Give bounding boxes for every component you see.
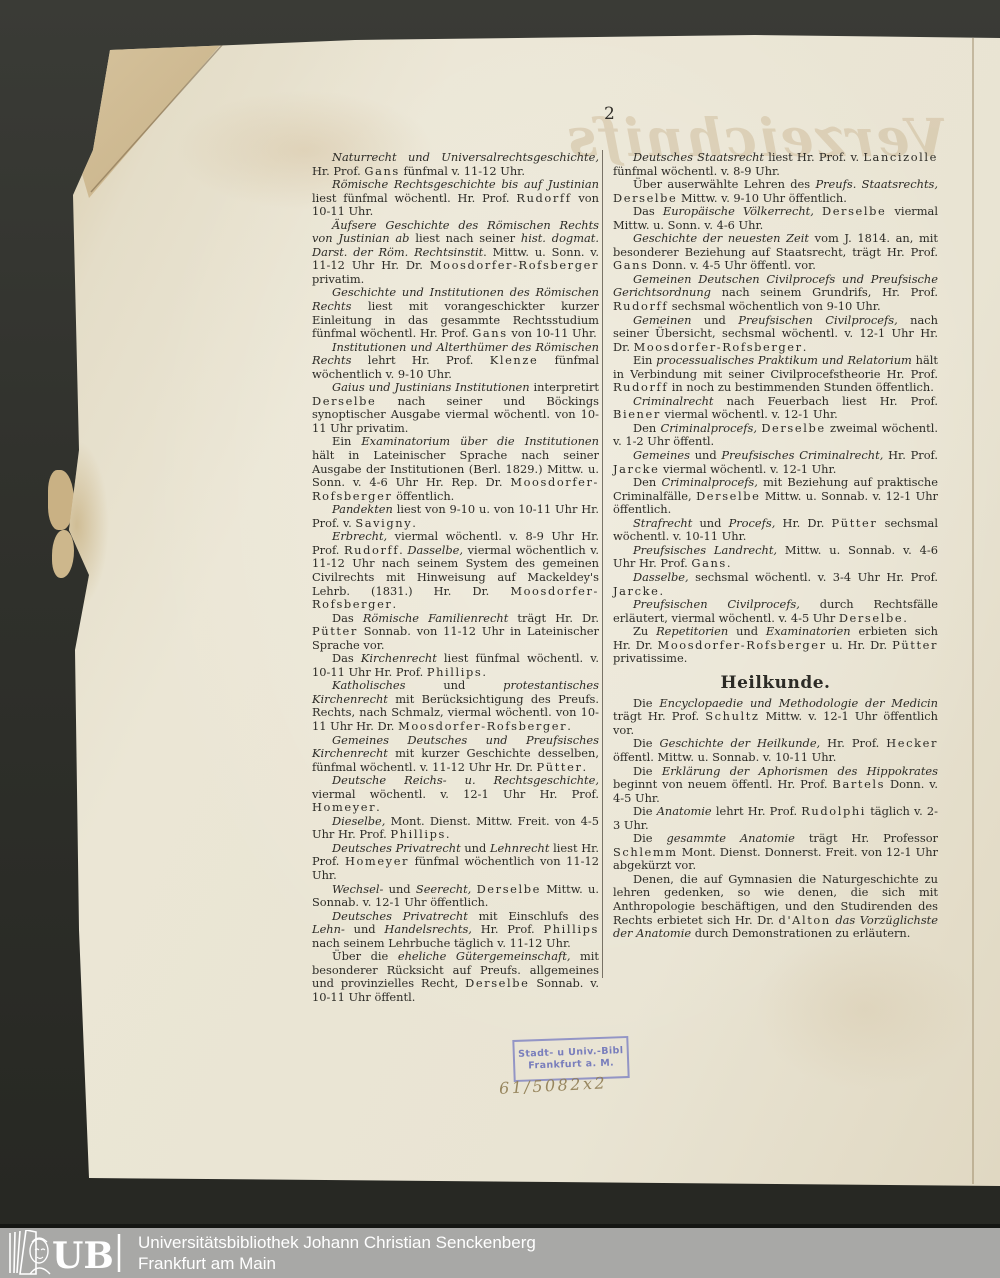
text-segment: Kirchenrecht (361, 651, 437, 665)
text-segment: Gaius und Justinians Institutionen (332, 380, 530, 394)
text-segment: Hecker (886, 736, 938, 750)
text-segment: eheliche Gütergemeinschaft, (398, 949, 571, 963)
text-segment: Moosdorfer-Rofsberger (634, 340, 803, 354)
text-segment: Repetitorien (656, 624, 728, 638)
text-segment: und (383, 882, 416, 896)
text-segment: Dieselbe, (332, 814, 385, 828)
text-segment: u. Hr. Dr. (827, 638, 892, 652)
text-segment: sechsmal wöchentl. v. 3-4 Uhr Hr. Prof. (689, 570, 938, 584)
catalog-entry: Das Europäische Völkerrecht, Derselbe vi… (613, 205, 938, 232)
footer-bar: UB Universitätsbibliothek Johann Christi… (0, 1228, 1000, 1278)
text-segment: fünfmal wöchentl. v. 8-9 Uhr. (613, 164, 780, 178)
text-segment: . (583, 760, 587, 774)
text-segment: Gans (472, 326, 507, 340)
text-segment: Bartels (832, 777, 885, 791)
text-segment: . (903, 611, 907, 625)
text-segment: Deutsche Reichs- u. Rechtsgeschichte, (332, 773, 599, 787)
text-segment: Biener (613, 407, 661, 421)
text-segment: und (345, 922, 385, 936)
text-segment: Pütter (537, 760, 583, 774)
catalog-entry: Das Römische Familienrecht trägt Hr. Dr.… (312, 612, 599, 653)
catalog-entry: Die Anatomie lehrt Hr. Prof. Rudolphi tä… (613, 805, 938, 832)
text-segment: Lehnrecht (490, 841, 549, 855)
text-segment: Preufsisches Criminalrecht, (721, 448, 883, 462)
text-segment: Derselbe (696, 489, 760, 503)
text-segment: Anatomie (657, 804, 712, 818)
text-segment: Hr. Dr. (775, 516, 831, 530)
text-segment: Hr. Prof. (883, 448, 938, 462)
left-column: Naturrecht und Universalrechtsgeschichte… (312, 151, 599, 1004)
ub-logo-text: UB (52, 1235, 114, 1276)
text-segment: Zu (633, 624, 656, 638)
text-segment: Naturrecht und Universalrechtsgeschichte… (332, 150, 599, 164)
text-segment: Römische Rechtsgeschichte bis auf Justin… (332, 177, 599, 191)
text-segment: Gans (691, 556, 726, 570)
text-segment: Rudorff (613, 299, 668, 313)
text-segment: Procefs, (729, 516, 776, 530)
text-segment: Savigny (355, 516, 412, 530)
catalog-entry: Das Kirchenrecht liest fünfmal wöchentl.… (312, 652, 599, 679)
text-segment: Deutsches Privatrecht (332, 841, 461, 855)
text-segment: Lehn- (312, 922, 345, 936)
catalog-entry: Naturrecht und Universalrechtsgeschichte… (312, 151, 599, 178)
text-segment: Erbrecht, (332, 529, 387, 543)
text-segment: durch Demonstrationen zu erläutern. (691, 926, 910, 940)
page-number: 2 (604, 104, 615, 124)
text-segment: Derselbe (822, 204, 886, 218)
footer-text: Universitätsbibliothek Johann Christian … (138, 1232, 536, 1274)
text-segment: Phillips (427, 665, 483, 679)
catalog-entry: Gaius und Justinians Institutionen inter… (312, 381, 599, 435)
scanned-page: Verzeichnifs 2 Naturrecht und Universalr… (55, 30, 1000, 1186)
text-segment: . (803, 340, 807, 354)
text-segment: öffentl. Mittw. u. Sonnab. v. 10-11 Uhr. (613, 750, 836, 764)
catalog-entry: Ein processualisches Praktikum und Relat… (613, 354, 938, 395)
text-segment: trägt Hr. Professor (795, 831, 938, 845)
catalog-entry: Dieselbe, Mont. Dienst. Mittw. Freit. vo… (312, 815, 599, 842)
text-segment: liest Hr. Prof. v. (764, 150, 863, 164)
text-segment: Die (633, 736, 660, 750)
text-segment: Geschichte der Heilkunde, (660, 736, 821, 750)
text-segment: Rudorff (613, 380, 668, 394)
catalog-entry: Geschichte und Institutionen des Römisch… (312, 286, 599, 340)
catalog-entry: Äufsere Geschichte des Römischen Rechts … (312, 219, 599, 287)
catalog-entry: Die gesammte Anatomie trägt Hr. Professo… (613, 832, 938, 873)
text-segment: Ein (633, 353, 656, 367)
text-segment: und (461, 841, 490, 855)
text-segment: Criminalrecht (633, 394, 714, 408)
catalog-entry: Über auserwählte Lehren des Preufs. Staa… (613, 178, 938, 205)
text-segment: Homeyer (345, 854, 409, 868)
text-segment: Phillips (390, 827, 446, 841)
text-segment: Moosdorfer-Rofsberger (658, 638, 827, 652)
text-segment: processualisches Praktikum und Relatoriu… (656, 353, 912, 367)
text-segment: Gans (613, 258, 648, 272)
text-segment: Moosdorfer-Rofsberger (398, 719, 567, 733)
text-segment: und (406, 678, 504, 692)
text-segment: Phillips (543, 922, 599, 936)
text-segment: trägt Hr. Dr. (508, 611, 599, 625)
ub-logo-icon: UB (6, 1230, 124, 1276)
text-segment: Examinatorium über die Institutionen (361, 434, 599, 448)
text-segment: Pandekten (332, 502, 393, 516)
text-segment: Katholisches (332, 678, 406, 692)
text-segment: viermal wöchentl. v. 12-1 Uhr. (659, 462, 836, 476)
text-segment: Das (332, 611, 363, 625)
catalog-entry: Die Erklärung der Aphorismen des Hippokr… (613, 765, 938, 806)
catalog-entry: Strafrecht und Procefs, Hr. Dr. Pütter s… (613, 517, 938, 544)
ub-logo: UB (6, 1230, 124, 1276)
text-segment: Strafrecht (633, 516, 692, 530)
catalog-entry: Institutionen und Alterthümer des Römisc… (312, 341, 599, 382)
text-segment: . (567, 719, 571, 733)
text-segment: nach seinem Lehrbuche täglich v. 11-12 U… (312, 936, 571, 950)
text-segment: fünfmal v. 11-12 Uhr. (400, 164, 525, 178)
text-segment (814, 204, 822, 218)
text-segment: Preufsischen Civilprocefs, (633, 597, 800, 611)
catalog-entry: Römische Rechtsgeschichte bis auf Justin… (312, 178, 599, 219)
text-segment: Über auserwählte Lehren des (633, 177, 815, 191)
catalog-entry: Deutsche Reichs- u. Rechtsgeschichte, vi… (312, 774, 599, 815)
text-segment: Den (633, 421, 661, 435)
text-segment: und (690, 448, 721, 462)
torn-paper-bit (48, 470, 74, 530)
catalog-entry: Den Criminalprocefs, mit Beziehung auf p… (613, 476, 938, 517)
text-segment: Erklärung der Aphorismen des Hippokrates (662, 764, 938, 778)
catalog-entry: Gemeines und Preufsisches Criminalrecht,… (613, 449, 938, 476)
text-segment: Derselbe (839, 611, 903, 625)
text-segment: nach Feuerbach liest Hr. Prof. (714, 394, 939, 408)
catalog-entry: Pandekten liest von 9-10 u. von 10-11 Uh… (312, 503, 599, 530)
text-segment: . (482, 665, 486, 679)
text-segment: Das (332, 651, 361, 665)
catalog-entry: Deutsches Privatrecht und Lehnrecht lies… (312, 842, 599, 883)
catalog-entry: Deutsches Privatrecht mit Einschlufs des… (312, 910, 599, 951)
text-segment: Pütter (892, 638, 938, 652)
text-segment: Mittw. v. 9-10 Uhr öffentlich. (677, 191, 846, 205)
text-segment: . (659, 584, 663, 598)
text-segment: Jarcke (613, 462, 659, 476)
text-segment: lehrt Hr. Prof. (351, 353, 489, 367)
text-segment: privatissime. (613, 651, 687, 665)
text-segment: Die (633, 804, 657, 818)
text-segment: Schultz (705, 709, 759, 723)
text-segment: sechsmal wöchentlich von 9-10 Uhr. (668, 299, 880, 313)
text-segment: Hr. Prof. (312, 164, 364, 178)
text-segment: Examinatorien (766, 624, 851, 638)
text-segment: Homeyer (312, 800, 376, 814)
text-segment: Rudorff (516, 191, 571, 205)
text-segment: liest nach seiner (409, 231, 520, 245)
text-segment: Das (633, 204, 663, 218)
catalog-entry: Katholisches und protestantisches Kirche… (312, 679, 599, 733)
text-segment: und (728, 624, 766, 638)
text-segment: Gans (364, 164, 399, 178)
text-segment: liest fünfmal wöchentl. Hr. Prof. (312, 191, 516, 205)
text-segment: Römische Familienrecht (363, 611, 508, 625)
page-corner-fold (55, 30, 255, 215)
text-segment: Die (633, 831, 666, 845)
text-segment: Dasselbe, (633, 570, 689, 584)
footer-line2: Frankfurt am Main (138, 1253, 536, 1274)
text-segment: Handelsrechts, (384, 922, 472, 936)
text-segment: Den (633, 475, 661, 489)
text-segment: Derselbe (477, 882, 541, 896)
text-segment: Dasselbe, (407, 543, 463, 557)
catalog-entry: Geschichte der neuesten Zeit vom J. 1814… (613, 232, 938, 273)
text-segment: d'Alton (779, 913, 831, 927)
catalog-entry: Preufsisches Landrecht, Mittw. u. Sonnab… (613, 544, 938, 571)
text-segment: Derselbe (613, 191, 677, 205)
text-segment: Rudorff (344, 543, 399, 557)
catalog-entry: Dasselbe, sechsmal wöchentl. v. 3-4 Uhr … (613, 571, 938, 598)
text-segment: Preufsischen Civilprocefs, (738, 313, 897, 327)
catalog-entry: Preufsischen Civilprocefs, durch Rechtsf… (613, 598, 938, 625)
text-segment: Rudolphi (801, 804, 866, 818)
text-segment: Europäische Völkerrecht, (663, 204, 814, 218)
text-segment: beginnt von neuem öffentl. Hr. Prof. (613, 777, 832, 791)
section-heading: Heilkunde. (613, 673, 938, 693)
text-segment: Criminalprocefs, (661, 421, 757, 435)
catalog-entry: Ein Examinatorium über die Institutionen… (312, 435, 599, 503)
text-segment: Pütter (832, 516, 878, 530)
text-segment: Moosdorfer-Rofsberger (430, 258, 599, 272)
text-segment: . (376, 800, 380, 814)
catalog-entry: Erbrecht, viermal wöchentl. v. 8-9 Uhr H… (312, 530, 599, 611)
catalog-entry: Über die eheliche Gütergemeinschaft, mit… (312, 950, 599, 1004)
text-segment: Geschichte der neuesten Zeit (633, 231, 809, 245)
text-segment: Pütter (312, 624, 358, 638)
catalog-entry: Gemeines Deutsches und Preufsisches Kirc… (312, 734, 599, 775)
catalog-entry: Zu Repetitorien und Examinatorien erbiet… (613, 625, 938, 666)
catalog-entry: Gemeinen und Preufsischen Civilprocefs, … (613, 314, 938, 355)
catalog-entry: Den Criminalprocefs, Derselbe zweimal wö… (613, 422, 938, 449)
page-edge-crease (972, 38, 974, 1184)
text-segment: Gemeines (633, 448, 690, 462)
text-segment: lehrt Hr. Prof. (712, 804, 802, 818)
text-segment: öffentlich. (392, 489, 454, 503)
text-segment: Preufs. Staatsrechts, (815, 177, 938, 191)
text-segment: . (412, 516, 416, 530)
catalog-entry: Gemeinen Deutschen Civilprocefs und Preu… (613, 273, 938, 314)
text-segment: Die (633, 696, 659, 710)
catalog-entry: Die Encyclopaedie und Methodologie der M… (613, 697, 938, 738)
text-segment: Ein (332, 434, 361, 448)
text-segment: und (692, 516, 728, 530)
text-segment: Derselbe (465, 976, 529, 990)
text-segment: Deutsches Privatrecht (332, 909, 468, 923)
text-segment: gesammte Anatomie (666, 831, 794, 845)
text-segment: Hr. Prof. (472, 922, 544, 936)
text-segment: privatim. (312, 272, 364, 286)
stamp-line2: Frankfurt a. M. (528, 1058, 614, 1073)
text-segment: Die (633, 764, 662, 778)
catalog-entry: Wechsel- und Seerecht, Derselbe Mittw. u… (312, 883, 599, 910)
catalog-entry: Denen, die auf Gymnasien die Naturgeschi… (613, 873, 938, 941)
catalog-entry: Criminalrecht nach Feuerbach liest Hr. P… (613, 395, 938, 422)
edge-stain (63, 440, 109, 610)
text-segment: Lancizolle (863, 150, 938, 164)
text-segment: von 10-11 Uhr. (508, 326, 597, 340)
text-segment: Seerecht, (416, 882, 471, 896)
text-segment: Jarcke (613, 584, 659, 598)
text-segment: Klenze (490, 353, 539, 367)
text-segment: Deutsches Staatsrecht (633, 150, 764, 164)
text-segment: mit Einschlufs des (468, 909, 599, 923)
text-segment: in noch zu bestimmenden Stunden öffentli… (668, 380, 934, 394)
paper-stain (755, 930, 975, 1090)
text-segment: Derselbe (761, 421, 825, 435)
column-divider-rule (602, 150, 603, 978)
text-segment: viermal wöchentl. v. 12-1 Uhr. (661, 407, 838, 421)
text-segment: . (392, 597, 396, 611)
text-segment: Schlemm (613, 845, 678, 859)
text-segment: . (446, 827, 450, 841)
text-segment: Encyclopaedie und Methodologie der Medic… (659, 696, 938, 710)
text-segment: Preufsisches Landrecht, (633, 543, 777, 557)
text-segment: Criminalprocefs, (661, 475, 757, 489)
text-segment: Donn. v. 4-5 Uhr öffentl. vor. (648, 258, 815, 272)
text-segment: trägt Hr. Prof. (613, 709, 705, 723)
text-segment: . (727, 556, 731, 570)
torn-paper-bit (52, 530, 74, 578)
text-segment: viermal wöchentl. v. 12-1 Uhr Hr. Prof. (312, 787, 599, 801)
catalog-entry: Die Geschichte der Heilkunde, Hr. Prof. … (613, 737, 938, 764)
text-segment: nach seinem Grundrifs, Hr. Prof. (711, 285, 938, 299)
footer-line1: Universitätsbibliothek Johann Christian … (138, 1232, 536, 1253)
text-segment: interpretirt (530, 380, 599, 394)
catalog-entry: Deutsches Staatsrecht liest Hr. Prof. v.… (613, 151, 938, 178)
text-segment: Gemeinen (633, 313, 691, 327)
text-segment: Über die (332, 949, 398, 963)
text-segment: und (691, 313, 738, 327)
right-column: Deutsches Staatsrecht liest Hr. Prof. v.… (613, 151, 938, 941)
text-segment: Derselbe (312, 394, 376, 408)
text-segment: Hr. Prof. (820, 736, 886, 750)
text-segment: Wechsel- (332, 882, 383, 896)
